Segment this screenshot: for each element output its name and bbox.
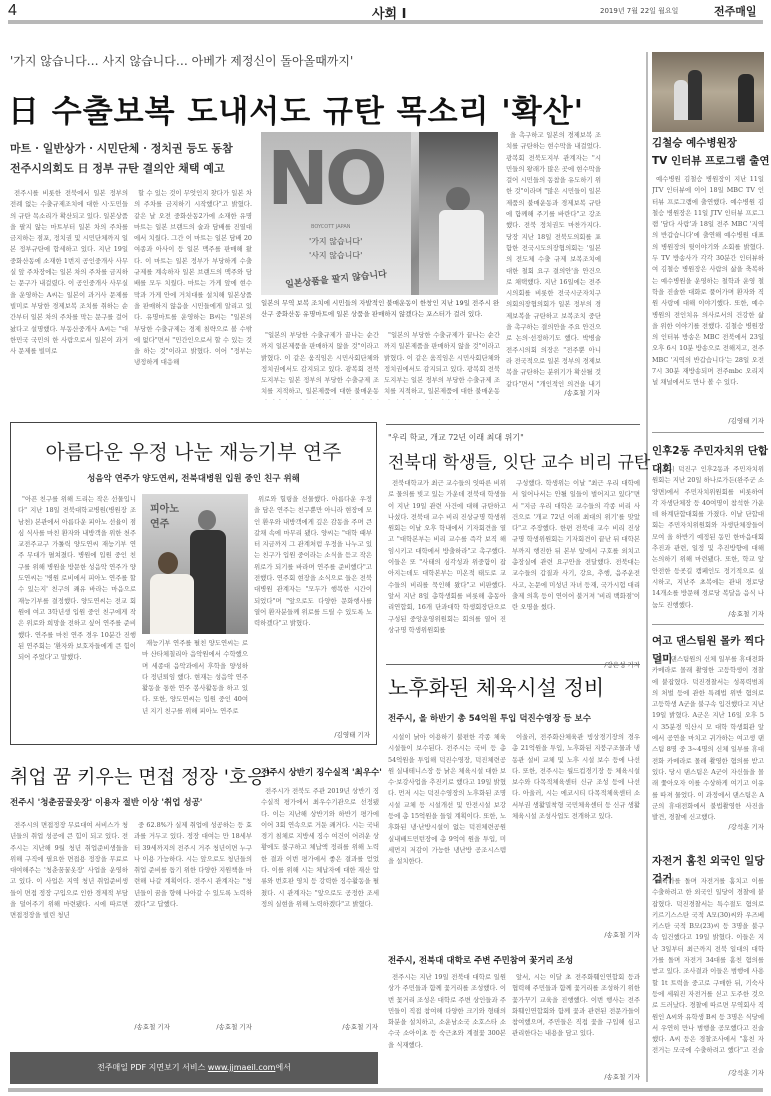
flower-byline: /송효철 기자 (580, 1072, 640, 1081)
gym-headline: 노후화된 체육시설 정비 (388, 672, 604, 702)
photo-boycott-text: BOYCOTT JAPAN (311, 224, 351, 230)
newspaper-name: 전주매일 (714, 3, 757, 19)
top-rule (8, 20, 763, 24)
boxed-body-col2: 재능기부 연주를 펼친 양도연씨는 로마 산타체칠리아 음악원에서 수학했으며 … (142, 638, 248, 738)
tax-body: 전주시가 전북도 주관 2019년 상반기 징수실적 평가에서 최우수기관으로 … (261, 786, 379, 1020)
boxed-body-col3: 위로와 힐링을 선물했다. 아름다운 우정을 담은 연주는 친구뿐만 아니라 현… (254, 494, 372, 724)
jobs-byline-2: /송효철 기자 (192, 1022, 252, 1031)
column-divider (646, 52, 648, 1082)
sidebar-1-title-line2: TV 인터뷰 프로그램 출연 (652, 152, 770, 170)
gym-subhead: 전주시, 올 하반기 총 54억원 투입 덕진수영장 등 보수 (388, 712, 591, 724)
lead-body-col3: "일본의 부당한 수출규제가 끝나는 순간까지 일본제품을 판매하지 않을 것"… (261, 330, 379, 400)
gym-byline: /송효철 기자 (580, 930, 640, 939)
sidebar-2-byline: /송효철 기자 (700, 609, 764, 618)
lead-body-col1: 전주시를 비롯한 전북에서 일본 정부의 전례 없는 수출규제조치에 대한 시·… (10, 188, 128, 398)
jbnu-rule (386, 424, 640, 425)
sidebar-1-title-line1: 김철승 예수병원장 (652, 134, 737, 152)
sidebar-photo (652, 52, 764, 132)
banner-suffix: 에서 (275, 1063, 290, 1072)
sidebar-3-body: 여고 댄스팀원의 신체 일부를 휴대전화 카메라로 몰래 촬영한 고등학생이 경… (652, 654, 764, 824)
jobs-subhead: 전주시 '청춘꿈꿀옷장' 이용자 절반 이상 '취업 성공' (10, 796, 202, 808)
sidebar-rule (652, 624, 764, 625)
lead-body-col4a: "일본의 부당한 수출규제가 끝나는 순간까지 일본제품을 판매하지 않을 것"… (384, 330, 500, 400)
sidebar-2-body: 전주시 덕진구 인후2동과 주민자치위원회는 지난 20일 하나로가든(완주군 … (652, 464, 764, 609)
sidebar-3-byline: /강석훈 기자 (700, 822, 764, 831)
jbnu-body-col1: 전북대학교가 최근 교수들의 잇따른 비위로 물의를 빚고 있는 가운데 전북대… (388, 478, 506, 666)
gym-body-col2: 이울러, 전주화산체육관 빙상경기장의 경우 총 21억원을 투입, 노후화된 … (512, 732, 640, 928)
sidebar-1-body: 예수병원 김철승 병원장이 지난 11일 JTV 인터뷰에 이어 18일 MBC… (652, 174, 764, 414)
sidebar-1-byline: /김영태 기자 (700, 416, 764, 425)
jobs-headline: 취업 꿈 키우는 면접 정장 '호응' (10, 762, 271, 789)
lead-subhead-1: 마트 · 일반상가 · 시민단체 · 정치권 등도 동참 (10, 140, 233, 156)
pdf-service-banner: 전주매일 PDF 지면보기 서비스 www.jjmaeil.com에서 (10, 1052, 378, 1084)
jbnu-headline: 전북대 학생들, 잇단 교수 비리 규탄 (388, 448, 650, 473)
boxed-photo: 피아노연주 (142, 494, 248, 634)
jobs-body-col1: 전주시의 면접정장 무료대여 서비스가 청년들의 취업 성공에 큰 힘이 되고 … (10, 820, 128, 1020)
flower-headline: 전주시, 전북대 대학로 주변 주민참여 꽃거리 조성 (388, 954, 573, 966)
photo-no-text: NO (267, 136, 384, 222)
bottom-rule (8, 1088, 763, 1092)
lead-body-col2: 할 수 있는 것이 무엇인지 찾다가 일본 차의 주차를 금지하기 시작했다"고… (134, 188, 252, 398)
flower-body-col1: 전주시는 지난 19일 전북대 대학로 일원 상가 주민들과 함께 꽃거리를 조… (388, 972, 506, 1084)
lead-kicker: '가지 않습니다… 사지 않습니다… 아베가 제정신이 돌아올때까지' (10, 52, 353, 69)
lead-photo: NO BOYCOTT JAPAN '가지 않습니다' '사지 않습니다' 일본상… (261, 132, 498, 295)
lead-headline: 日 수출보복 도내서도 규탄 목소리 '확산' (8, 86, 584, 131)
sidebar-4-body: 대학가를 돌며 자전거를 훔치고 이를 수출하려고 한 외국인 일당이 경찰에 … (652, 876, 764, 1056)
sidebar-rule (652, 432, 764, 433)
jobs-body-col2: 중 62.8%가 실제 취업에 성공하는 등 효과를 거두고 있다. 정장 대여… (134, 820, 252, 1020)
page-number: 4 (8, 2, 17, 20)
photo-line1: '가지 않습니다' (309, 236, 362, 247)
lead-body-col4: 을 촉구하고 일본의 경제보복 조치를 규탄하는 현수막을 내걸었다. 광복회 … (506, 130, 601, 390)
banner-link[interactable]: www.jjmaeil.com (208, 1063, 276, 1072)
lead-photo-caption: 일본의 무역 보복 조치에 시민들의 자발적인 불매운동이 한창인 지난 19일… (261, 298, 501, 320)
boxed-body-col1: "아픈 친구를 위해 드리는 작은 선물입니다" 지난 18일 전북대학교병원(… (18, 494, 136, 734)
boxed-byline: /김영태 기자 (310, 730, 370, 739)
jbnu-kicker: "우리 학교, 개교 72년 이래 최대 위기" (388, 432, 524, 443)
lead-subhead-2: 전주시의회도 日 정부 규탄 결의안 채택 예고 (10, 160, 225, 176)
photo-line2: '사지 않습니다' (309, 250, 362, 261)
boxed-subhead: 성음악 연주가 양도연씨, 전북대병원 입원 중인 친구 위해 (10, 472, 377, 484)
boxed-headline: 아름다운 우정 나눈 재능기부 연주 (10, 436, 377, 465)
banner-text: 전주매일 PDF 지면보기 서비스 (97, 1063, 205, 1072)
tax-headline: 전주시 상반기 징수실적 '최우수' (261, 766, 382, 778)
jbnu-body-col2: 구성했다. 학생위는 이날 "최근 우리 대학에서 일어나서는 안될 일들이 벌… (512, 478, 640, 658)
jobs-byline-1: /송효철 기자 (110, 1022, 170, 1031)
gym-rule (386, 664, 640, 665)
tax-byline: /송효철 기자 (318, 1022, 378, 1031)
flower-body-col2: 앞서, 시는 이달 초 전주화훼인연합회 등과 협력해 주민들과 함께 꽃거리를… (512, 972, 640, 1072)
lead-byline: /송효철 기자 (540, 388, 600, 397)
sidebar-4-byline: /강석훈 기자 (700, 1068, 764, 1077)
gym-body-col1: 시설이 낡아 이용하기 불편한 각종 체육시설들이 보수된다. 전주시는 국비 … (388, 732, 506, 932)
issue-date: 2019년 7월 22일 월요일 (600, 6, 678, 16)
